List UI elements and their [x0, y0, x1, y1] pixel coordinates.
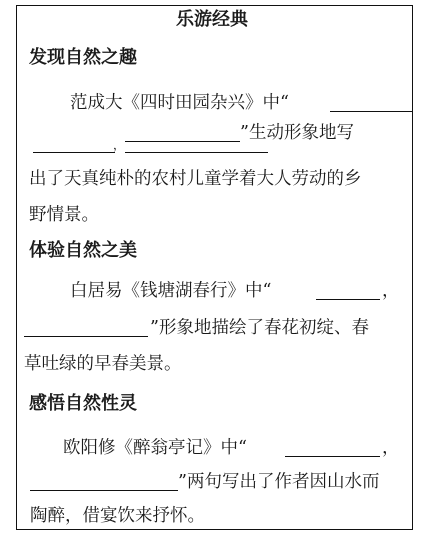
answer-blank-1d[interactable]	[125, 136, 268, 153]
section-heading-1: 发现自然之趣	[29, 47, 137, 69]
page-title: 乐游经典	[176, 9, 248, 31]
section-2-line-3: 草吐绿的早春美景。	[24, 353, 182, 375]
section-2-line-1: 白居易《钱塘湖春行》中“	[70, 280, 271, 302]
section-1-line-3: 出了天真纯朴的农村儿童学着大人劳动的乡	[29, 168, 362, 190]
answer-blank-3a[interactable]	[285, 440, 380, 457]
section-3-line-3: 陶醉，借宴饮来抒怀。	[30, 505, 205, 527]
section-3-line-2: ”两句写出了作者因山水而	[178, 471, 379, 493]
answer-blank-1a[interactable]	[330, 95, 412, 112]
section-heading-2: 体验自然之美	[29, 240, 137, 262]
section-1-line-1: 范成大《四时田园杂兴》中“	[70, 92, 289, 114]
section-2-line-2: ”形象地描绘了春花初绽、春	[150, 317, 369, 339]
section-heading-3: 感悟自然性灵	[29, 393, 137, 415]
section-3-line-1: 欧阳修《醉翁亭记》中“	[63, 437, 247, 459]
answer-blank-2a[interactable]	[316, 283, 380, 300]
comma-1: ，	[113, 134, 125, 156]
section-1-line-4: 野情景。	[29, 204, 99, 226]
comma-3: ，	[382, 437, 400, 459]
answer-blank-3b[interactable]	[30, 474, 178, 491]
comma-2: ，	[382, 280, 400, 302]
answer-blank-2b[interactable]	[24, 320, 148, 337]
answer-blank-1c[interactable]	[33, 136, 115, 153]
